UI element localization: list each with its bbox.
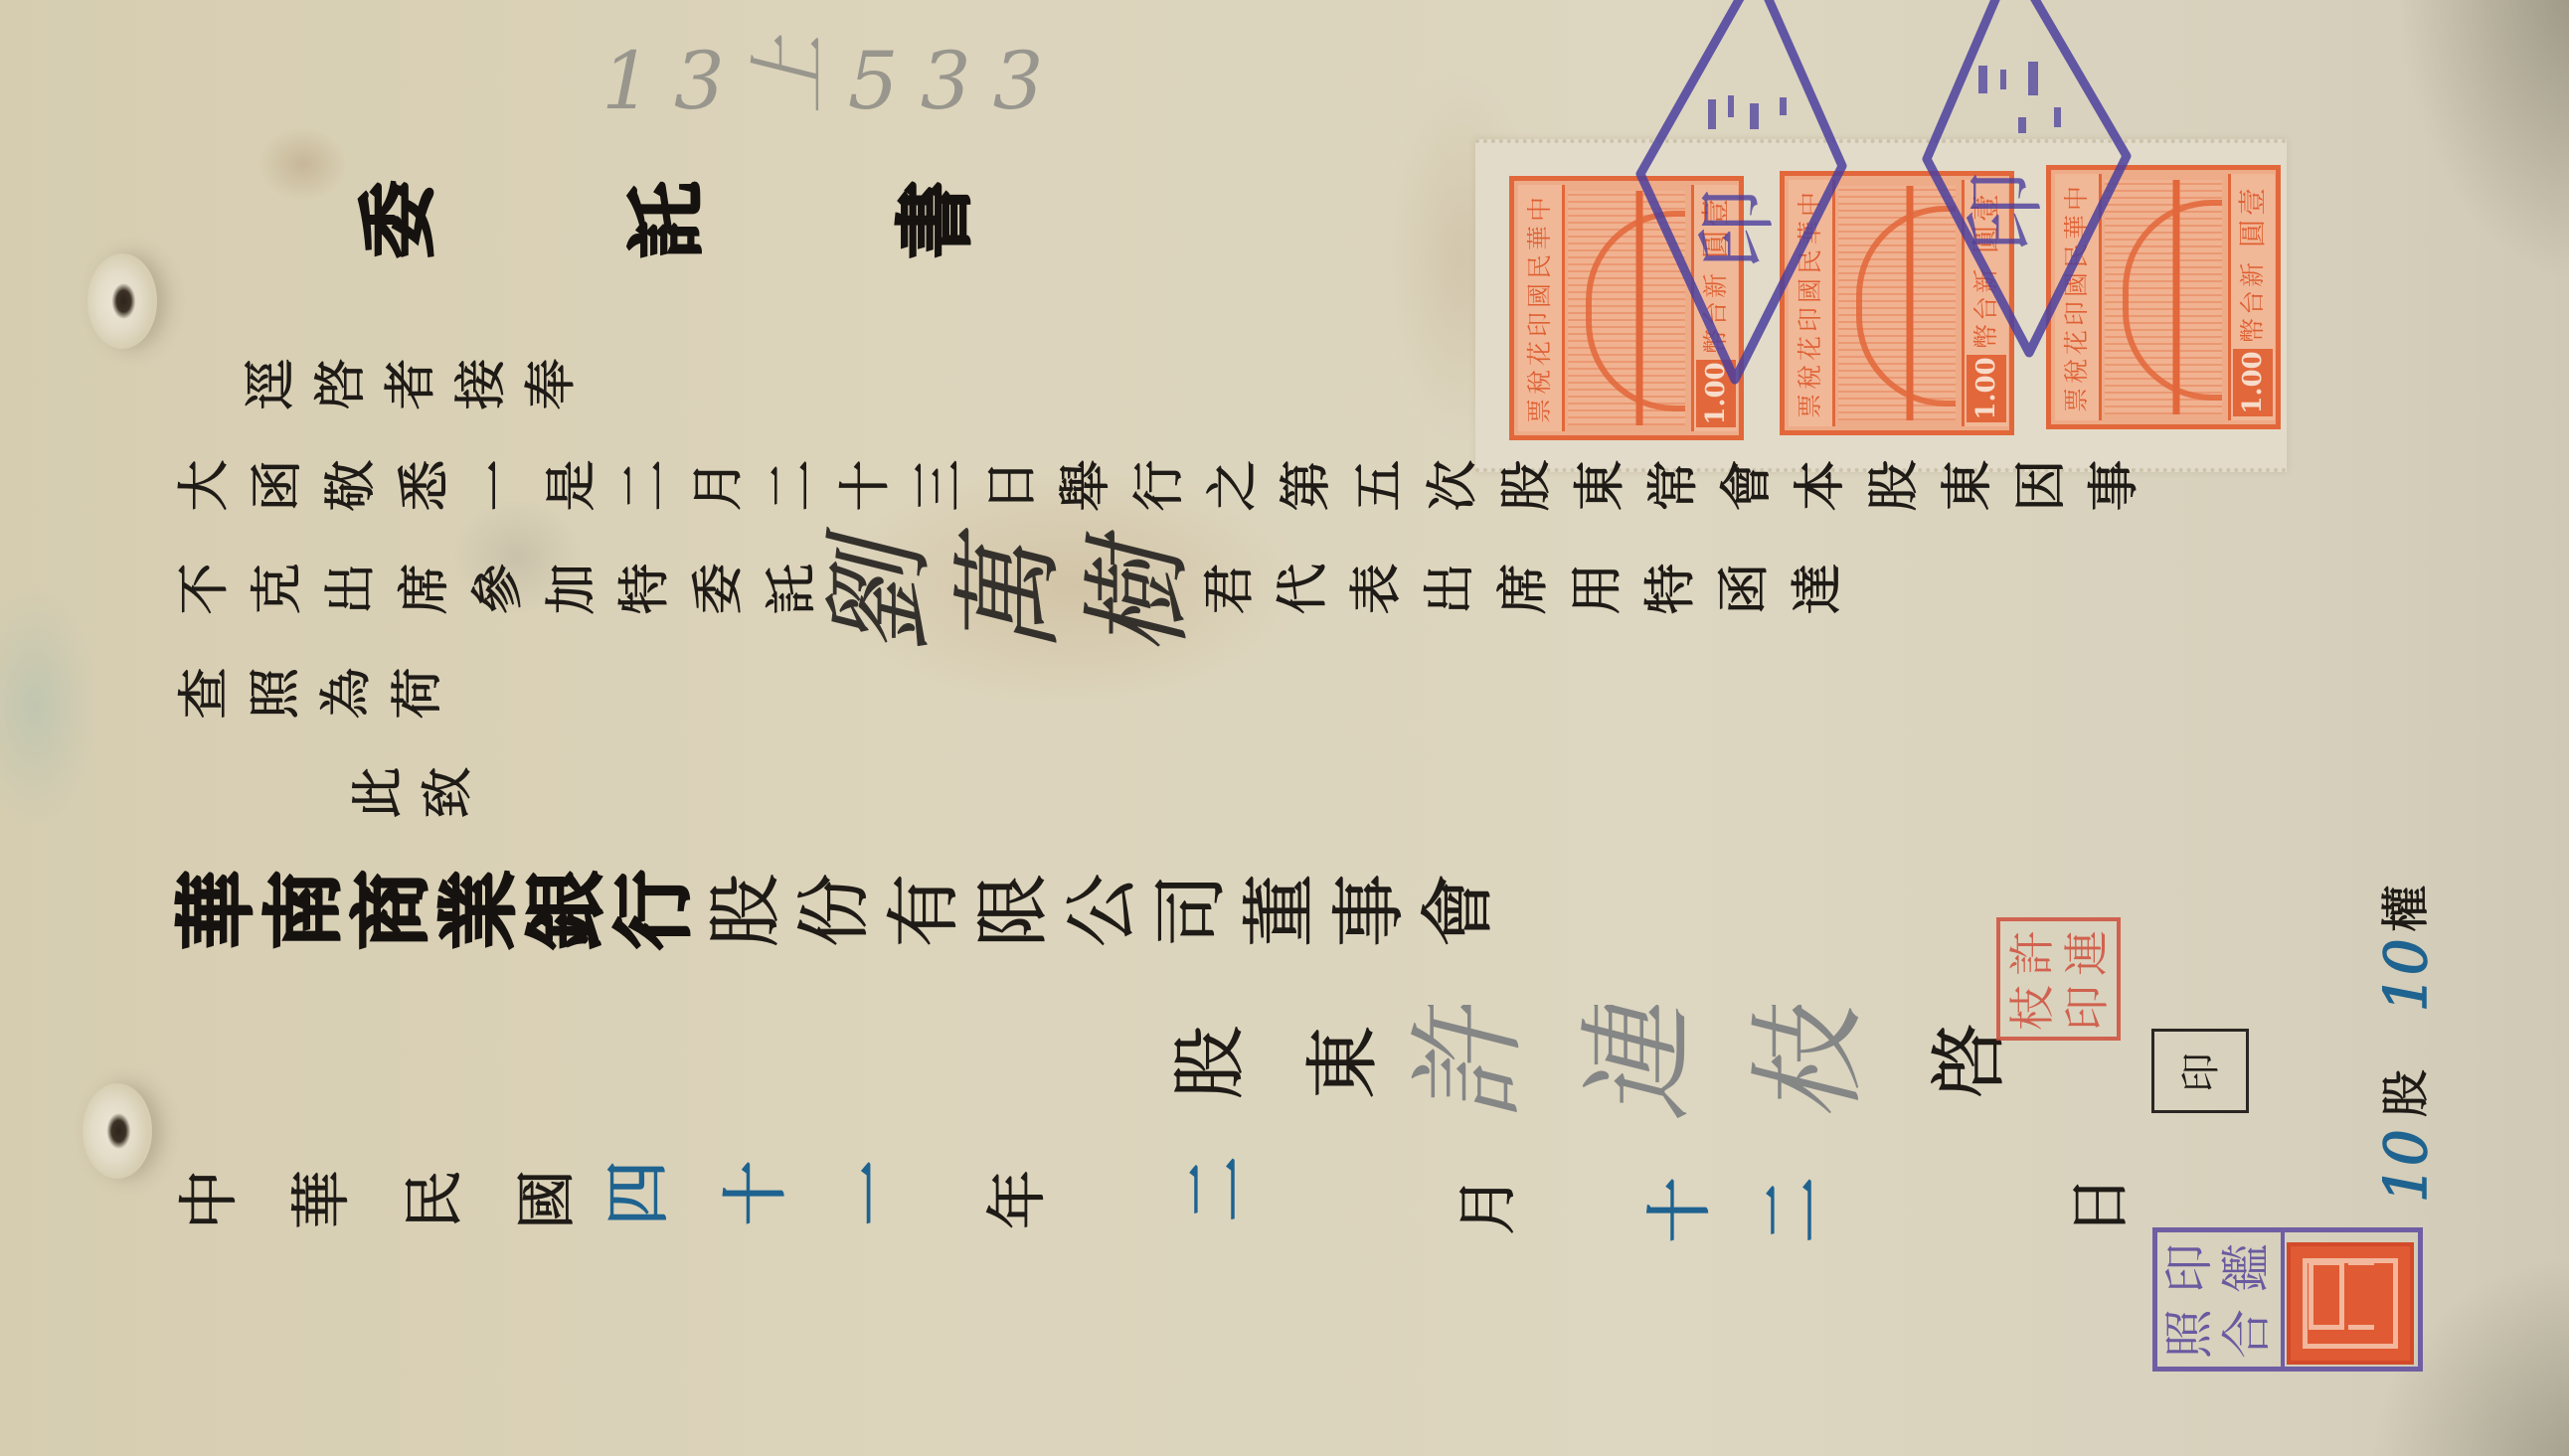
date-day-handwritten: 十二 [1644,1184,1869,1249]
greeting-line: 逕啓者接奉 [243,364,594,415]
verification-seal-impression [2287,1242,2414,1365]
scanned-proxy-letter: 13上533 中華民國印花稅票 壹圓 新台幣 1.00 中華民國印花稅票 壹圓 … [0,0,2569,1456]
date-era: 中華民國 [177,1175,627,1234]
seal-char: 枝 [2006,982,2058,1034]
date-day-unit: 日 [2068,1181,2128,1240]
verify-char: 印 [2161,1240,2217,1296]
signatory-closing: 啓 [1929,1030,2004,1105]
seal-char: 印 [2061,982,2113,1034]
shares-count: 10 [2376,1129,2436,1203]
date-month-unit: 月 [1456,1181,1515,1240]
votes-count: 10 [2376,938,2436,1012]
verify-char: 合 [2219,1306,2275,1362]
proxy-name-handwritten: 劉萬樹 [820,553,1208,664]
date-year-handwritten: 四十一 [602,1167,956,1232]
verify-divider [2281,1232,2285,1367]
seal-placeholder-box: 印 [2151,1029,2249,1113]
addressee-suffix: 股份有限公司董事會 [706,880,1507,953]
body-line-2-start: 不克出席參加特委託 [176,568,837,620]
verify-char: 鑑 [2219,1240,2275,1296]
seal-verification-stamp: 印 鑑 照 合 [2152,1227,2423,1372]
body-line-1: 大函敬悉一是二月二十三日舉行之第五次股東常會本股東因事 [176,465,2159,517]
addressee-bank-name: 華南商業銀行 [174,877,699,956]
date-month-handwritten: 二 [1180,1163,1246,1228]
holding-note: 10 股 10 權 [2376,885,2436,1211]
document-title: 委託書 [357,188,1162,265]
cancellation-mark-text: 印 [1693,184,1783,273]
votes-unit: 權 [2376,885,2436,932]
name-seal-impression: 許 連 枝 印 [1996,917,2121,1041]
seal-char: 許 [2006,927,2058,979]
seal-placeholder-label: 印 [2178,1050,2224,1095]
closing-phrase: 此致 [350,772,489,824]
body-line-2-end: 君代表出席用特函達 [1201,568,1863,620]
shares-unit: 股 [2376,1069,2436,1117]
seal-char: 連 [2061,927,2113,979]
body-line-3: 查照為荷 [176,673,460,725]
cancellation-mark-text: 印 [1962,167,2051,256]
signatory-name-handwritten: 許連枝 [1406,1015,1916,1132]
verify-char: 照 [2161,1306,2217,1362]
cancellation-ink-fragments [1708,62,2061,133]
signatory-label: 股東 [1170,1032,1437,1105]
date-year-unit: 年 [985,1175,1045,1234]
